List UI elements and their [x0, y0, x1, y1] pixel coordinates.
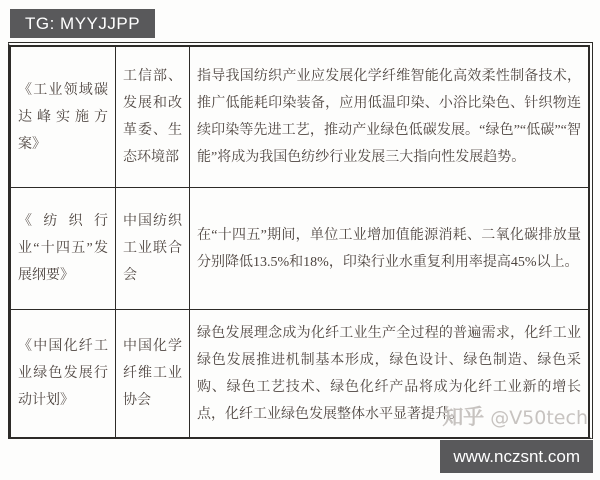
telegram-watermark-badge: TG: MYYJJPP: [10, 9, 155, 38]
policy-name-cell: 《工业领域碳达峰实施方案》: [11, 47, 116, 188]
zhihu-watermark: 知乎@V50tech: [442, 401, 588, 431]
policy-table: 《工业领域碳达峰实施方案》 工信部、发展和改革委、生态环境部 指导我国纺织产业应…: [10, 46, 589, 438]
table-row: 《工业领域碳达峰实施方案》 工信部、发展和改革委、生态环境部 指导我国纺织产业应…: [11, 47, 589, 188]
zhihu-logo: 知乎: [442, 405, 484, 429]
policy-table-frame: 《工业领域碳达峰实施方案》 工信部、发展和改革委、生态环境部 指导我国纺织产业应…: [8, 42, 593, 439]
policy-name-cell: 《中国化纤工业绿色发展行动计划》: [11, 310, 116, 438]
policy-content-cell: 指导我国纺织产业应发展化学纤维智能化高效柔性制备技术，推广低能耗印染装备，应用低…: [190, 47, 589, 188]
table-row: 《纺织行业“十四五”发展纲要》 中国纺织工业联合会 在“十四五”期间，单位工业增…: [11, 188, 589, 310]
policy-name-cell: 《纺织行业“十四五”发展纲要》: [11, 188, 116, 310]
website-url-watermark: www.nczsnt.com: [440, 440, 593, 473]
policy-content-cell: 在“十四五”期间，单位工业增加值能源消耗、二氧化碳排放量分别降低13.5%和18…: [190, 188, 589, 310]
watermark-handle: @V50tech: [490, 407, 588, 429]
issuer-cell: 中国纺织工业联合会: [116, 188, 190, 310]
issuer-cell: 工信部、发展和改革委、生态环境部: [116, 47, 190, 188]
scanned-document-page: TG: MYYJJPP 《工业领域碳达峰实施方案》 工信部、发展和改革委、生态环…: [0, 0, 600, 480]
issuer-cell: 中国化学纤维工业协会: [116, 310, 190, 438]
